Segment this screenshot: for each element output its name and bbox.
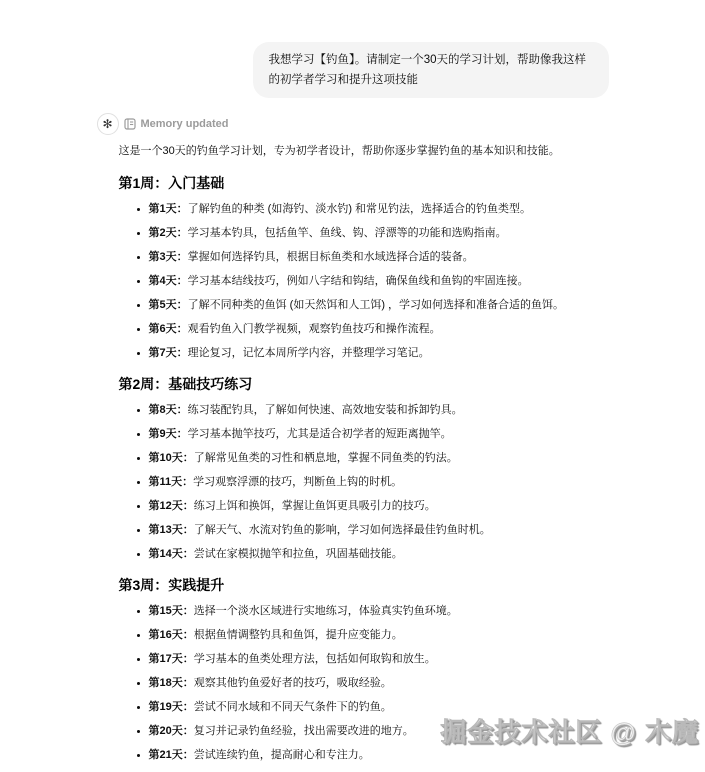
- week-heading: 第3周：实践提升: [119, 576, 609, 594]
- day-label: 第5天：: [149, 299, 188, 311]
- day-list-item: 第10天：了解常见鱼类的习性和栖息地，掌握不同鱼类的钓法。: [149, 451, 609, 465]
- day-label: 第20天：: [149, 725, 194, 737]
- day-label: 第17天：: [149, 653, 194, 665]
- day-label: 第4天：: [149, 275, 188, 287]
- day-label: 第1天：: [149, 203, 188, 215]
- day-text: 观察其他钓鱼爱好者的技巧，吸取经验。: [194, 677, 392, 689]
- memory-updated-chip[interactable]: Memory updated: [120, 116, 233, 132]
- day-list-item: 第1天：了解钓鱼的种类 (如海钓、淡水钓) 和常见钓法，选择适合的钓鱼类型。: [149, 202, 609, 216]
- day-text: 根据鱼情调整钓具和鱼饵，提升应变能力。: [194, 629, 403, 641]
- day-text: 尝试连续钓鱼，提高耐心和专注力。: [194, 749, 370, 761]
- assistant-message: 这是一个30天的钓鱼学习计划，专为初学者设计，帮助你逐步掌握钓鱼的基本知识和技能…: [119, 144, 609, 762]
- day-label: 第21天：: [149, 749, 194, 761]
- day-list-item: 第11天：学习观察浮漂的技巧，判断鱼上钩的时机。: [149, 475, 609, 489]
- day-list-item: 第2天：学习基本钓具，包括鱼竿、鱼线、钩、浮漂等的功能和选购指南。: [149, 226, 609, 240]
- day-text: 了解不同种类的鱼饵 (如天然饵和人工饵) ，学习如何选择和准备合适的鱼饵。: [188, 299, 564, 311]
- day-list-item: 第12天：练习上饵和换饵，掌握让鱼饵更具吸引力的技巧。: [149, 499, 609, 513]
- week-heading: 第2周：基础技巧练习: [119, 375, 609, 393]
- day-label: 第7天：: [149, 347, 188, 359]
- day-label: 第3天：: [149, 251, 188, 263]
- day-text: 学习基本钓具，包括鱼竿、鱼线、钩、浮漂等的功能和选购指南。: [188, 227, 507, 239]
- plan-sections: 第1周：入门基础 第1天：了解钓鱼的种类 (如海钓、淡水钓) 和常见钓法，选择适…: [119, 174, 609, 762]
- day-list-item: 第8天：练习装配钓具，了解如何快速、高效地安装和拆卸钓具。: [149, 403, 609, 417]
- week-heading: 第1周：入门基础: [119, 174, 609, 192]
- assistant-avatar: ✻: [97, 113, 119, 135]
- day-list: 第8天：练习装配钓具，了解如何快速、高效地安装和拆卸钓具。 第9天：学习基本抛竿…: [119, 403, 609, 561]
- chat-column: 我想学习【钓鱼】。请制定一个30天的学习计划，帮助像我这样的初学者学习和提升这项…: [97, 42, 609, 762]
- day-text: 练习上饵和换饵，掌握让鱼饵更具吸引力的技巧。: [194, 500, 436, 512]
- day-list-item: 第21天：尝试连续钓鱼，提高耐心和专注力。: [149, 748, 609, 762]
- day-list: 第1天：了解钓鱼的种类 (如海钓、淡水钓) 和常见钓法，选择适合的钓鱼类型。 第…: [119, 202, 609, 360]
- day-list-item: 第15天：选择一个淡水区域进行实地练习，体验真实钓鱼环境。: [149, 604, 609, 618]
- day-label: 第2天：: [149, 227, 188, 239]
- plan-intro: 这是一个30天的钓鱼学习计划，专为初学者设计，帮助你逐步掌握钓鱼的基本知识和技能…: [119, 144, 609, 159]
- day-text: 选择一个淡水区域进行实地练习，体验真实钓鱼环境。: [194, 605, 458, 617]
- day-list-item: 第9天：学习基本抛竿技巧，尤其是适合初学者的短距离抛竿。: [149, 427, 609, 441]
- day-label: 第16天：: [149, 629, 194, 641]
- day-list-item: 第18天：观察其他钓鱼爱好者的技巧，吸取经验。: [149, 676, 609, 690]
- day-list-item: 第6天：观看钓鱼入门教学视频，观察钓鱼技巧和操作流程。: [149, 322, 609, 336]
- day-list-item: 第7天：理论复习，记忆本周所学内容，并整理学习笔记。: [149, 346, 609, 360]
- day-list-item: 第16天：根据鱼情调整钓具和鱼饵，提升应变能力。: [149, 628, 609, 642]
- openai-logo-icon: ✻: [102, 118, 112, 130]
- day-list-item: 第3天：掌握如何选择钓具，根据目标鱼类和水域选择合适的装备。: [149, 250, 609, 264]
- day-text: 学习基本抛竿技巧，尤其是适合初学者的短距离抛竿。: [188, 428, 452, 440]
- day-list-item: 第17天：学习基本的鱼类处理方法，包括如何取钩和放生。: [149, 652, 609, 666]
- user-message-row: 我想学习【钓鱼】。请制定一个30天的学习计划，帮助像我这样的初学者学习和提升这项…: [97, 42, 609, 98]
- day-text: 了解钓鱼的种类 (如海钓、淡水钓) 和常见钓法，选择适合的钓鱼类型。: [188, 203, 531, 215]
- day-label: 第6天：: [149, 323, 188, 335]
- memory-updated-label: Memory updated: [141, 118, 229, 130]
- day-label: 第19天：: [149, 701, 194, 713]
- day-label: 第10天：: [149, 452, 194, 464]
- day-list-item: 第14天：尝试在家模拟抛竿和拉鱼，巩固基础技能。: [149, 547, 609, 561]
- user-message-bubble: 我想学习【钓鱼】。请制定一个30天的学习计划，帮助像我这样的初学者学习和提升这项…: [253, 42, 609, 98]
- day-text: 学习基本的鱼类处理方法，包括如何取钩和放生。: [194, 653, 436, 665]
- watermark: 掘金技术社区 @ 木魔: [440, 712, 699, 749]
- day-text: 理论复习，记忆本周所学内容，并整理学习笔记。: [188, 347, 430, 359]
- day-text: 观看钓鱼入门教学视频，观察钓鱼技巧和操作流程。: [188, 323, 441, 335]
- day-text: 练习装配钓具，了解如何快速、高效地安装和拆卸钓具。: [188, 404, 463, 416]
- week-section: 第2周：基础技巧练习 第8天：练习装配钓具，了解如何快速、高效地安装和拆卸钓具。…: [119, 375, 609, 561]
- day-list-item: 第5天：了解不同种类的鱼饵 (如天然饵和人工饵) ，学习如何选择和准备合适的鱼饵…: [149, 298, 609, 312]
- day-text: 复习并记录钓鱼经验，找出需要改进的地方。: [194, 725, 414, 737]
- day-label: 第14天：: [149, 548, 194, 560]
- day-label: 第11天：: [149, 476, 194, 488]
- day-label: 第8天：: [149, 404, 188, 416]
- day-text: 学习观察浮漂的技巧，判断鱼上钩的时机。: [193, 476, 402, 488]
- day-label: 第9天：: [149, 428, 188, 440]
- day-text: 尝试在家模拟抛竿和拉鱼，巩固基础技能。: [194, 548, 403, 560]
- day-label: 第18天：: [149, 677, 194, 689]
- day-list-item: 第13天：了解天气、水流对钓鱼的影响，学习如何选择最佳钓鱼时机。: [149, 523, 609, 537]
- day-text: 学习基本结线技巧，例如八字结和钩结，确保鱼线和鱼钩的牢固连接。: [188, 275, 529, 287]
- day-text: 了解常见鱼类的习性和栖息地，掌握不同鱼类的钓法。: [194, 452, 458, 464]
- assistant-header: ✻ Memory updated: [97, 113, 609, 135]
- day-label: 第13天：: [149, 524, 194, 536]
- week-section: 第1周：入门基础 第1天：了解钓鱼的种类 (如海钓、淡水钓) 和常见钓法，选择适…: [119, 174, 609, 360]
- day-list-item: 第4天：学习基本结线技巧，例如八字结和钩结，确保鱼线和鱼钩的牢固连接。: [149, 274, 609, 288]
- memory-icon: [124, 118, 136, 130]
- day-label: 第12天：: [149, 500, 194, 512]
- day-label: 第15天：: [149, 605, 194, 617]
- day-text: 了解天气、水流对钓鱼的影响，学习如何选择最佳钓鱼时机。: [194, 524, 491, 536]
- day-text: 掌握如何选择钓具，根据目标鱼类和水域选择合适的装备。: [188, 251, 474, 263]
- day-text: 尝试不同水域和不同天气条件下的钓鱼。: [194, 701, 392, 713]
